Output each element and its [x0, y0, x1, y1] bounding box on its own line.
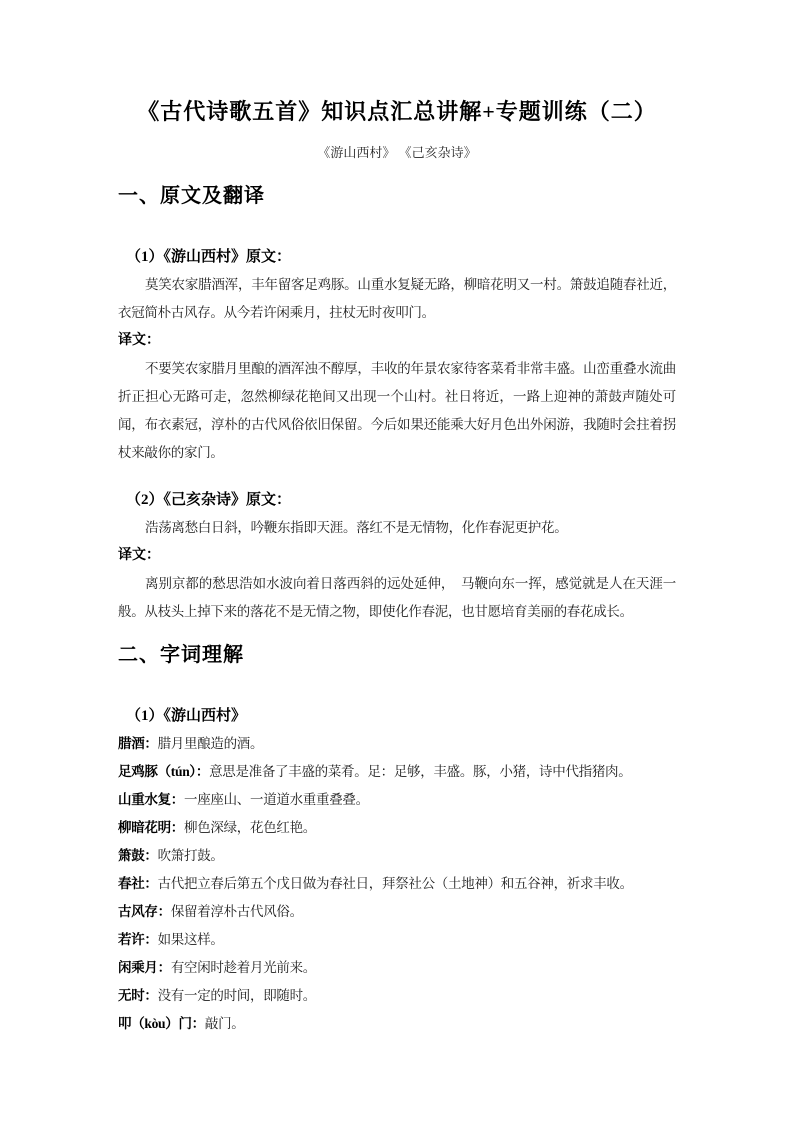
definition-row-liuanhuaming: 柳暗花明：柳色深绿，花色红艳。: [118, 814, 676, 842]
definition-list: 腊酒：腊月里酿造的酒。 足鸡豚（tún）：意思是准备了丰盛的菜肴。足：足够，丰盛…: [118, 730, 676, 1038]
definition-row-zujitun: 足鸡豚（tún）：意思是准备了丰盛的菜肴。足：足够，丰盛。豚，小猪，诗中代指猪肉…: [118, 758, 676, 786]
definition-term: 春社：: [118, 876, 158, 891]
definition-term: 山重水复：: [118, 792, 184, 807]
definition-row-ruoxu: 若许：如果这样。: [118, 926, 676, 954]
definition-term: 足鸡豚（tún）：: [118, 764, 209, 779]
poem-block-youshanxicun: （1）《游山西村》原文： 莫笑农家腊酒浑，丰年留客足鸡豚。山重水复疑无路，柳暗花…: [118, 243, 676, 467]
definition-text: 有空闲时趁着月光前来。: [171, 960, 316, 975]
section-two-sub-heading: （1）《游山西村》: [118, 702, 676, 730]
definition-row-shanzhongshuifu: 山重水复：一座座山、一道道水重重叠叠。: [118, 786, 676, 814]
definition-text: 意思是准备了丰盛的菜肴。足：足够，丰盛。豚，小猪，诗中代指猪肉。: [209, 764, 631, 779]
definition-text: 一座座山、一道道水重重叠叠。: [184, 792, 369, 807]
poem-2-text: 浩荡离愁白日斜，吟鞭东指即天涯。落红不是无情物，化作春泥更护花。: [118, 514, 676, 542]
poem-1-label: （1）《游山西村》原文：: [118, 243, 676, 271]
section-two-heading: 二、字词理解: [118, 641, 676, 669]
definition-row-wushi: 无时：没有一定的时间，即随时。: [118, 982, 676, 1010]
poem-2-label: （2）《己亥杂诗》原文：: [118, 486, 676, 514]
page-subtitle: 《游山西村》 《己亥杂诗》: [118, 144, 676, 162]
poem-1-translation-label: 译文：: [118, 327, 676, 355]
poem-1-translation: 不要笑农家腊月里酿的酒浑浊不醇厚，丰收的年景农家待客菜肴非常丰盛。山峦重叠水流曲…: [118, 355, 676, 467]
document-page: 《古代诗歌五首》知识点汇总讲解+专题训练（二） 《游山西村》 《己亥杂诗》 一、…: [0, 0, 793, 1122]
definition-text: 吹箫打鼓。: [158, 848, 224, 863]
definition-row-xiaogu: 箫鼓：吹箫打鼓。: [118, 842, 676, 870]
definition-row-chunshe: 春社：古代把立春后第五个戊日做为春社日，拜祭社公（土地神）和五谷神，祈求丰收。: [118, 870, 676, 898]
poem-block-jihaizashi: （2）《己亥杂诗》原文： 浩荡离愁白日斜，吟鞭东指即天涯。落红不是无情物，化作春…: [118, 486, 676, 626]
definition-term: 箫鼓：: [118, 848, 158, 863]
definition-row-koumen: 叩（kòu）门：敲门。: [118, 1010, 676, 1038]
poem-1-text: 莫笑农家腊酒浑，丰年留客足鸡豚。山重水复疑无路，柳暗花明又一村。箫鼓追随春社近，…: [118, 271, 676, 327]
definition-text: 敲门。: [205, 1016, 245, 1031]
definition-text: 没有一定的时间，即随时。: [158, 988, 316, 1003]
definition-row-gufengcun: 古风存：保留着淳朴古代风俗。: [118, 898, 676, 926]
definition-term: 柳暗花明：: [118, 820, 184, 835]
poem-2-translation: 离别京都的愁思浩如水波向着日落西斜的远处延伸， 马鞭向东一挥，感觉就是人在天涯一…: [118, 570, 676, 626]
definition-text: 古代把立春后第五个戊日做为春社日，拜祭社公（土地神）和五谷神，祈求丰收。: [158, 876, 633, 891]
definition-term: 叩（kòu）门：: [118, 1016, 205, 1031]
definition-term: 若许：: [118, 932, 158, 947]
definition-row-xianchengyue: 闲乘月：有空闲时趁着月光前来。: [118, 954, 676, 982]
definition-text: 腊月里酿造的酒。: [158, 736, 264, 751]
section-one-heading: 一、原文及翻译: [118, 182, 676, 210]
definition-text: 柳色深绿，花色红艳。: [184, 820, 316, 835]
definition-term: 腊酒：: [118, 736, 158, 751]
definition-row-lajiu: 腊酒：腊月里酿造的酒。: [118, 730, 676, 758]
definition-term: 古风存：: [118, 904, 171, 919]
page-title: 《古代诗歌五首》知识点汇总讲解+专题训练（二）: [118, 97, 676, 127]
definition-text: 保留着淳朴古代风俗。: [171, 904, 303, 919]
definition-term: 闲乘月：: [118, 960, 171, 975]
definition-text: 如果这样。: [158, 932, 224, 947]
poem-2-translation-label: 译文：: [118, 542, 676, 570]
definition-term: 无时：: [118, 988, 158, 1003]
